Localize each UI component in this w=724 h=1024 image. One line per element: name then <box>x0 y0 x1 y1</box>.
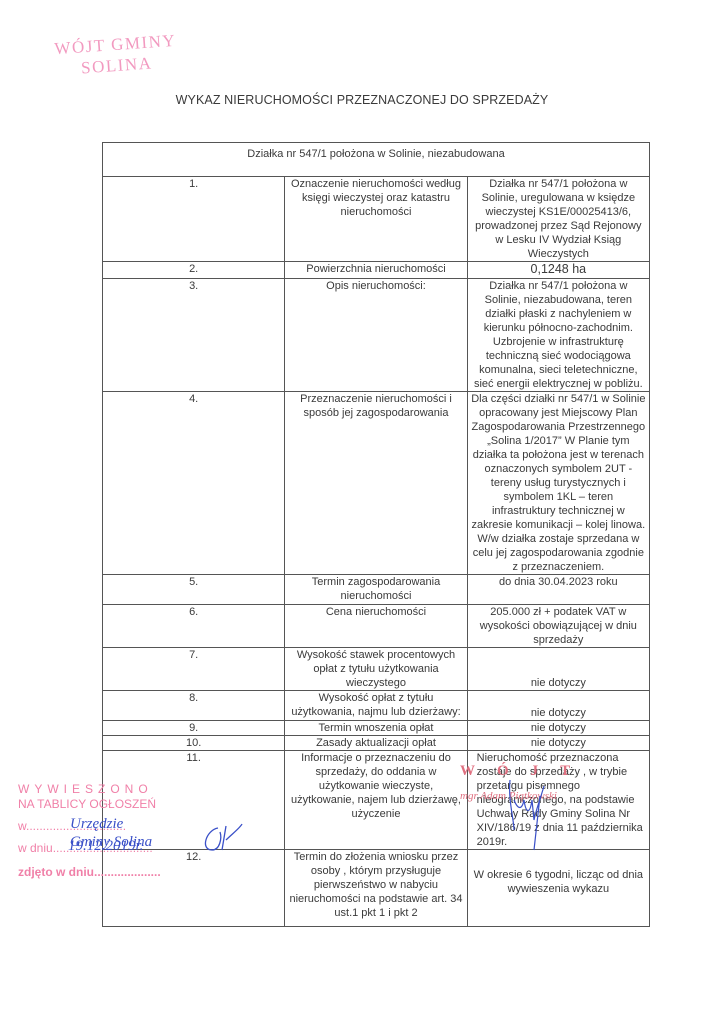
row-value: nie dotyczy <box>467 721 649 736</box>
row-value: 0,1248 ha <box>467 262 649 279</box>
row-number: 1. <box>103 177 285 262</box>
document-title: WYKAZ NIERUCHOMOŚCI PRZEZNACZONEJ DO SPR… <box>0 93 724 107</box>
row-label: Powierzchnia nieruchomości <box>285 262 467 279</box>
row-value: Dla części działki nr 547/1 w Solinie op… <box>467 392 649 575</box>
row-number: 7. <box>103 648 285 691</box>
handwritten-signature-icon <box>500 770 590 860</box>
posting-stamp: WYWIESZONO NA TABLICY OGŁOSZEŃ w........… <box>18 780 161 881</box>
table-header: Działka nr 547/1 położona w Solinie, nie… <box>103 143 650 177</box>
table-row: 10. Zasady aktualizacji opłat nie dotycz… <box>103 736 650 751</box>
row-number: 5. <box>103 575 285 605</box>
row-value: Działka nr 547/1 położona w Solinie, ure… <box>467 177 649 262</box>
place-prefix: w <box>18 819 26 833</box>
row-label: Oznaczenie nieruchomości według księgi w… <box>285 177 467 262</box>
table-header-row: Działka nr 547/1 położona w Solinie, nie… <box>103 143 650 177</box>
row-number: 3. <box>103 279 285 392</box>
stamp-board-label: NA TABLICY OGŁOSZEŃ <box>18 795 161 813</box>
row-number: 9. <box>103 721 285 736</box>
table-row: 6. Cena nieruchomości 205.000 zł + podat… <box>103 605 650 648</box>
removed-dots: .................... <box>94 865 161 879</box>
row-label: Informacje o przeznaczeniu do sprzedaży,… <box>285 751 467 850</box>
row-value: 205.000 zł + podatek VAT w wysokości obo… <box>467 605 649 648</box>
row-value: do dnia 30.04.2023 roku <box>467 575 649 605</box>
row-number: 4. <box>103 392 285 575</box>
row-label: Wysokość stawek procentowych opłat z tyt… <box>285 648 467 691</box>
removed-label: zdjęto w dniu <box>18 865 94 879</box>
row-label: Termin wnoszenia opłat <box>285 721 467 736</box>
table-row: 5. Termin zagospodarowania nieruchomości… <box>103 575 650 605</box>
table-row: 12. Termin do złożenia wniosku przez oso… <box>103 850 650 927</box>
table-row: 7. Wysokość stawek procentowych opłat z … <box>103 648 650 691</box>
row-label: Zasady aktualizacji opłat <box>285 736 467 751</box>
table-row: 3. Opis nieruchomości: Działka nr 547/1 … <box>103 279 650 392</box>
row-label: Wysokość opłat z tytułu użytkowania, naj… <box>285 691 467 721</box>
row-value: nie dotyczy <box>467 691 649 721</box>
table-row: 4. Przeznaczenie nieruchomości i sposób … <box>103 392 650 575</box>
table-row: 2. Powierzchnia nieruchomości 0,1248 ha <box>103 262 650 279</box>
stamp-wojt-gminy: WÓJT GMINY SOLINA <box>35 28 198 81</box>
date-prefix: w dniu <box>18 841 53 855</box>
stamp-place-line: w.............................. Urzędzie… <box>18 817 161 835</box>
row-label: Opis nieruchomości: <box>285 279 467 392</box>
row-number: 2. <box>103 262 285 279</box>
handwritten-initials-icon <box>196 820 246 860</box>
row-value: nie dotyczy <box>467 736 649 751</box>
row-value: Działka nr 547/1 położona w Solinie, nie… <box>467 279 649 392</box>
stamp-date-line: w dniu.............................. 19.… <box>18 839 161 857</box>
row-value: nie dotyczy <box>467 648 649 691</box>
row-number: 10. <box>103 736 285 751</box>
table-row: 9. Termin wnoszenia opłat nie dotyczy <box>103 721 650 736</box>
row-label: Termin do złożenia wniosku przez osoby ,… <box>285 850 467 927</box>
row-label: Cena nieruchomości <box>285 605 467 648</box>
date-handwritten: 19.12.2019r. <box>68 837 143 855</box>
row-label: Termin zagospodarowania nieruchomości <box>285 575 467 605</box>
row-number: 8. <box>103 691 285 721</box>
row-number: 6. <box>103 605 285 648</box>
stamp-removed-line: zdjęto w dniu.................... <box>18 863 161 881</box>
table-row: 1. Oznaczenie nieruchomości według księg… <box>103 177 650 262</box>
row-label: Przeznaczenie nieruchomości i sposób jej… <box>285 392 467 575</box>
table-row: 8. Wysokość opłat z tytułu użytkowania, … <box>103 691 650 721</box>
row-value: W okresie 6 tygodni, licząc od dnia wywi… <box>467 850 649 927</box>
